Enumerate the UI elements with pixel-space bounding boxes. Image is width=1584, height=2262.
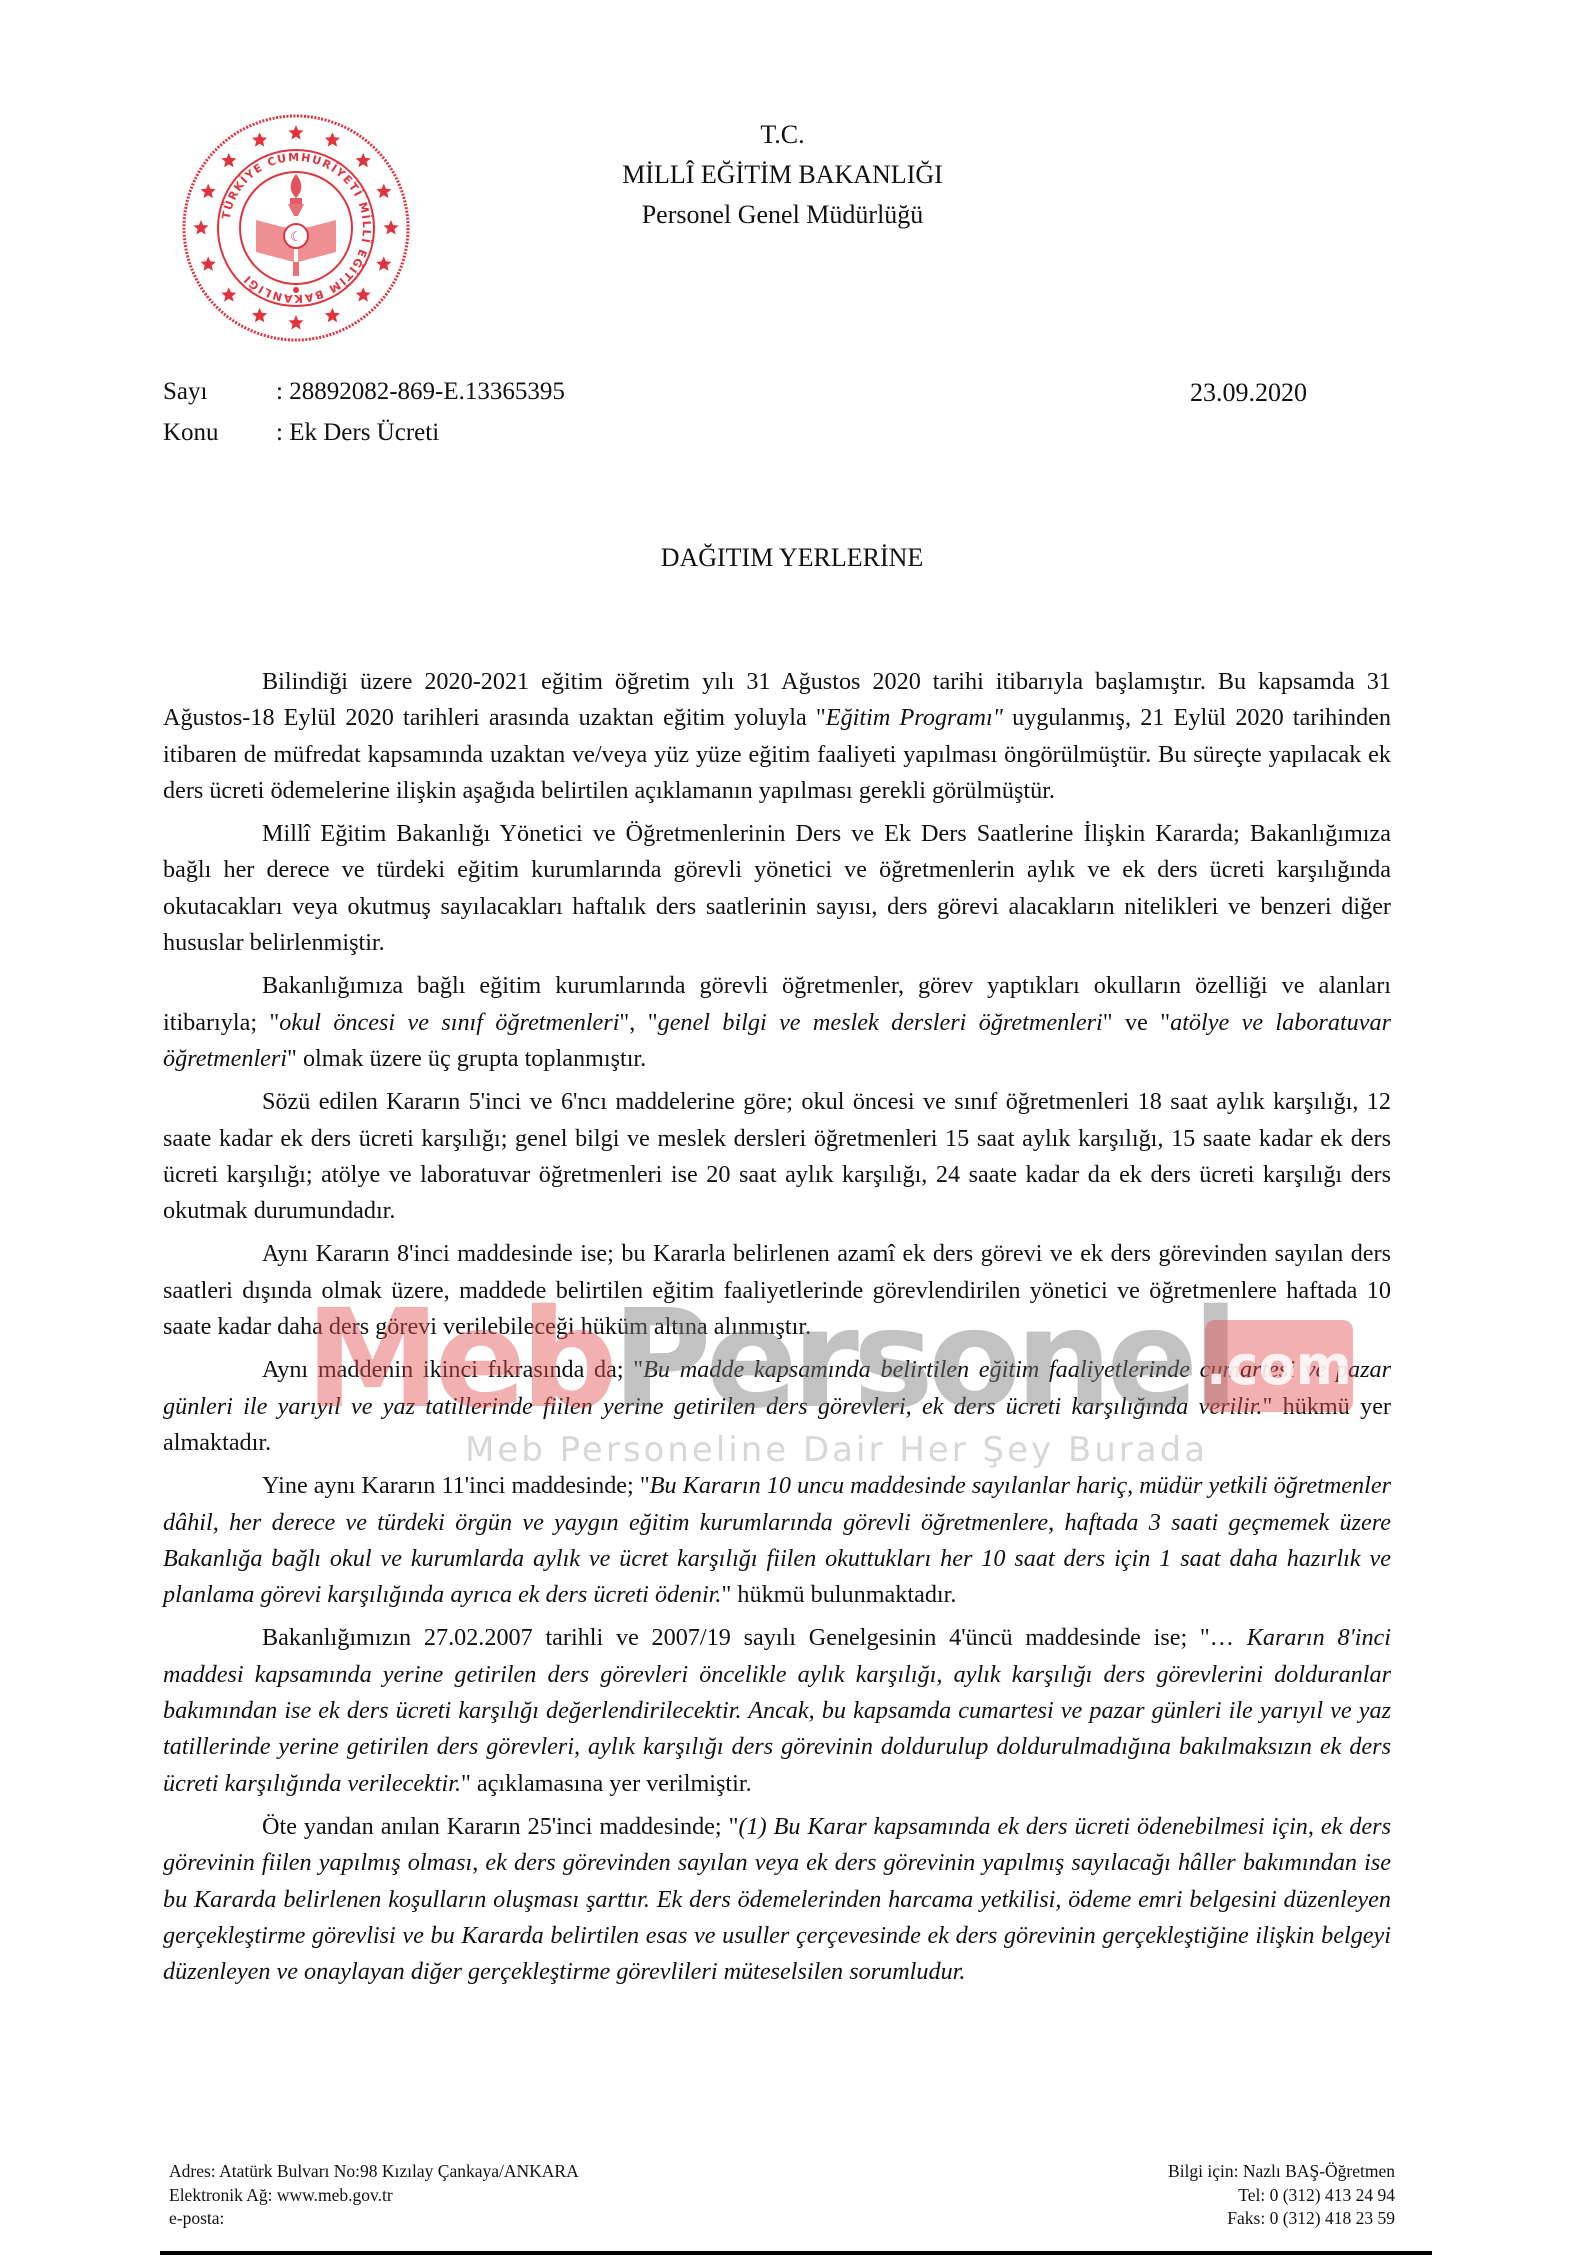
paragraph-text: ", " bbox=[619, 1009, 657, 1036]
svg-text:☾: ☾ bbox=[290, 230, 302, 245]
footer-email: e-posta: bbox=[169, 2207, 579, 2231]
paragraph-text: Millî Eğitim Bakanlığı Yönetici ve Öğret… bbox=[163, 820, 1391, 956]
footer-contact: Adres: Atatürk Bulvarı No:98 Kızılay Çan… bbox=[169, 2160, 579, 2231]
footer-divider bbox=[160, 2251, 1432, 2255]
quoted-text: genel bilgi ve meslek dersleri öğretmenl… bbox=[658, 1009, 1103, 1036]
body-paragraph: Bakanlığımıza bağlı eğitim kurumlarında … bbox=[163, 968, 1391, 1077]
footer-info-person: Bilgi için: Nazlı BAŞ-Öğretmen bbox=[1000, 2160, 1395, 2184]
header-department: Personel Genel Müdürlüğü bbox=[560, 195, 1005, 235]
footer-fax: Faks: 0 (312) 418 23 59 bbox=[1000, 2207, 1395, 2231]
paragraph-text: " hükmü bulunmaktadır. bbox=[721, 1581, 956, 1608]
meb-seal-icon: TÜRKİYE CUMHURİYETİ MİLLÎ EĞİTİM BAKANLI… bbox=[178, 112, 414, 344]
document-subject: Konu: Ek Ders Ücreti bbox=[163, 419, 439, 447]
document-number: Sayı: 28892082-869-E.13365395 bbox=[163, 378, 565, 406]
quoted-text: Eğitim Programı" bbox=[826, 704, 1003, 731]
sayi-value: : 28892082-869-E.13365395 bbox=[276, 378, 565, 405]
paragraph-text: " açıklamasına yer verilmiştir. bbox=[461, 1770, 752, 1797]
letterhead: T.C. MİLLÎ EĞİTİM BAKANLIĞI Personel Gen… bbox=[560, 115, 1005, 235]
paragraph-text: Sözü edilen Kararın 5'inci ve 6'ncı madd… bbox=[163, 1088, 1391, 1224]
footer-address: Adres: Atatürk Bulvarı No:98 Kızılay Çan… bbox=[169, 2160, 579, 2184]
body-paragraph: Aynı Kararın 8'inci maddesinde ise; bu K… bbox=[163, 1236, 1391, 1345]
paragraph-text: Aynı Kararın 8'inci maddesinde ise; bu K… bbox=[163, 1240, 1391, 1340]
body-paragraph: Bakanlığımızın 27.02.2007 tarihli ve 200… bbox=[163, 1620, 1391, 1801]
sayi-label: Sayı bbox=[163, 378, 276, 406]
body-paragraph: Öte yandan anılan Kararın 25'inci maddes… bbox=[163, 1809, 1391, 1990]
header-ministry: MİLLÎ EĞİTİM BAKANLIĞI bbox=[560, 155, 1005, 195]
body-paragraph: Yine aynı Kararın 11'inci maddesinde; "B… bbox=[163, 1468, 1391, 1613]
paragraph-text: Yine aynı Kararın 11'inci maddesinde; " bbox=[262, 1472, 650, 1499]
letter-body: Bilindiği üzere 2020-2021 eğitim öğretim… bbox=[163, 664, 1391, 1997]
paragraph-text: Bakanlığımızın 27.02.2007 tarihli ve 200… bbox=[262, 1624, 1247, 1651]
body-paragraph: Bilindiği üzere 2020-2021 eğitim öğretim… bbox=[163, 664, 1391, 809]
konu-label: Konu bbox=[163, 419, 276, 447]
quoted-text: okul öncesi ve sınıf öğretmenleri bbox=[279, 1009, 619, 1036]
konu-value: : Ek Ders Ücreti bbox=[276, 419, 439, 446]
paragraph-text: Aynı maddenin ikinci fıkrasında da; " bbox=[262, 1356, 643, 1383]
body-paragraph: Aynı maddenin ikinci fıkrasında da; "Bu … bbox=[163, 1352, 1391, 1461]
body-paragraph: Millî Eğitim Bakanlığı Yönetici ve Öğret… bbox=[163, 816, 1391, 961]
paragraph-text: " ve " bbox=[1103, 1009, 1170, 1036]
addressee: DAĞITIM YERLERİNE bbox=[0, 543, 1584, 573]
paragraph-text: Öte yandan anılan Kararın 25'inci maddes… bbox=[262, 1813, 738, 1840]
footer-phone: Tel: 0 (312) 413 24 94 bbox=[1000, 2184, 1395, 2208]
body-paragraph: Sözü edilen Kararın 5'inci ve 6'ncı madd… bbox=[163, 1084, 1391, 1229]
footer-info: Bilgi için: Nazlı BAŞ-Öğretmen Tel: 0 (3… bbox=[1000, 2160, 1395, 2231]
meb-seal-logo: TÜRKİYE CUMHURİYETİ MİLLÎ EĞİTİM BAKANLI… bbox=[178, 112, 414, 344]
footer-website: Elektronik Ağ: www.meb.gov.tr bbox=[169, 2184, 579, 2208]
document-date: 23.09.2020 bbox=[1190, 378, 1306, 408]
paragraph-text: " olmak üzere üç grupta toplanmıştır. bbox=[287, 1045, 646, 1072]
header-tc: T.C. bbox=[560, 115, 1005, 155]
